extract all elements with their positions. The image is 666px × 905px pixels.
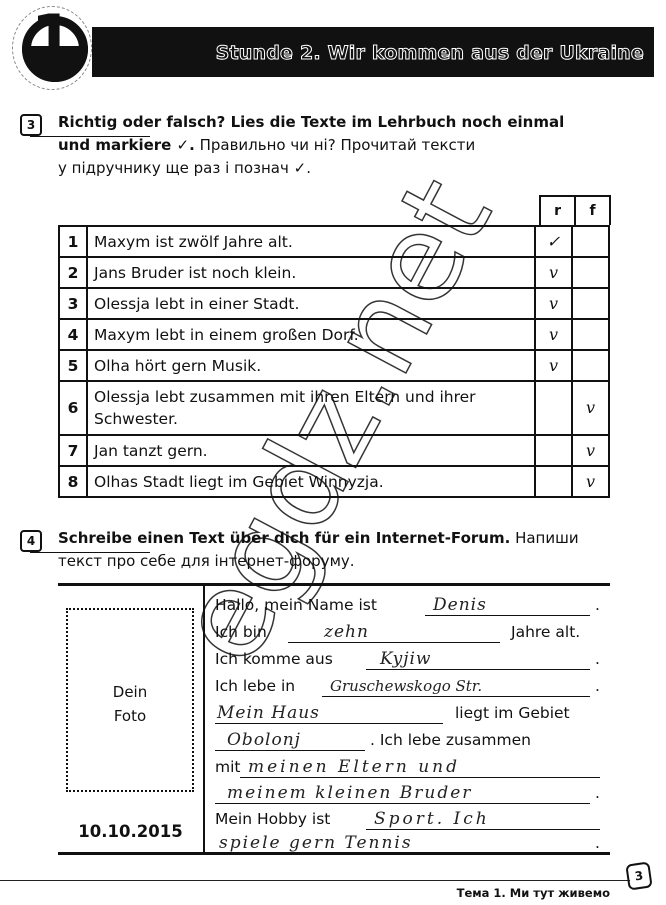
period: . — [595, 647, 600, 671]
form-line-2: Ich bin — [215, 620, 267, 644]
statement-text: Jans Bruder ist noch klein. — [87, 257, 535, 288]
hobby-label: Mein Hobby ist — [215, 810, 330, 828]
richtig-checkbox[interactable] — [535, 381, 572, 435]
falsch-checkbox[interactable] — [572, 226, 609, 257]
age-suffix: Jahre alt. — [511, 620, 580, 644]
richtig-checkbox[interactable]: ✓ — [535, 226, 572, 257]
answer-columns-header: r f — [539, 195, 611, 225]
footer-rule — [0, 880, 630, 881]
date-label: 10.10.2015 — [58, 822, 203, 841]
falsch-checkbox[interactable]: v — [572, 435, 609, 466]
statement-text: Maxym ist zwölf Jahre alt. — [87, 226, 535, 257]
falsch-checkbox[interactable] — [572, 257, 609, 288]
falsch-checkbox[interactable]: v — [572, 466, 609, 497]
table-row: 5Olha hört gern Musik.v — [59, 350, 609, 381]
family-field-1[interactable]: meinen Eltern und — [240, 756, 600, 778]
house-field[interactable]: Mein Haus — [215, 702, 443, 724]
row-number: 2 — [59, 257, 87, 288]
with-label: mit — [215, 758, 240, 776]
origin-label: Ich komme aus — [215, 650, 333, 668]
exercise-4-number: 4 — [20, 530, 42, 552]
richtig-checkbox[interactable] — [535, 466, 572, 497]
form-line-4: Ich lebe in — [215, 674, 295, 698]
photo-label: Dein Foto — [66, 680, 194, 728]
period: . — [595, 593, 600, 617]
row-number: 5 — [59, 350, 87, 381]
row-number: 4 — [59, 319, 87, 350]
richtig-checkbox[interactable]: v — [535, 350, 572, 381]
table-row: 7Jan tanzt gern.v — [59, 435, 609, 466]
statement-text: Olessja lebt zusammen mit ihren Eltern u… — [87, 381, 535, 435]
row-number: 8 — [59, 466, 87, 497]
exercise-4-instruction: Schreibe einen Text über dich für ein In… — [58, 527, 618, 573]
row-number: 6 — [59, 381, 87, 435]
region-label: liegt im Gebiet — [455, 701, 570, 725]
richtig-checkbox[interactable]: v — [535, 288, 572, 319]
unit-number: 1 — [31, 0, 71, 78]
street-field[interactable]: Gruschewskogo Str. — [322, 675, 590, 697]
column-richtig: r — [540, 196, 575, 225]
table-row: 1Maxym ist zwölf Jahre alt.✓ — [59, 226, 609, 257]
table-row: 3Olessja lebt in einer Stadt.v — [59, 288, 609, 319]
region-field[interactable]: Obolonj — [215, 729, 365, 751]
page-number: 3 — [625, 861, 652, 890]
statement-text: Olessja lebt in einer Stadt. — [87, 288, 535, 319]
form-line-7: mit — [215, 755, 240, 779]
true-false-table: 1Maxym ist zwölf Jahre alt.✓2Jans Bruder… — [58, 225, 610, 498]
period: . — [595, 674, 600, 698]
period: . — [595, 781, 600, 805]
falsch-checkbox[interactable] — [572, 319, 609, 350]
table-row: 6Olessja lebt zusammen mit ihren Eltern … — [59, 381, 609, 435]
lesson-title: Stunde 2. Wir kommen aus der Ukraine — [170, 35, 650, 71]
age-label: Ich bin — [215, 623, 267, 641]
richtig-checkbox[interactable]: v — [535, 257, 572, 288]
row-number: 7 — [59, 435, 87, 466]
statement-text: Olhas Stadt liegt im Gebiet Winnyzja. — [87, 466, 535, 497]
footer-topic: Тема 1. Ми тут живемо — [420, 884, 610, 902]
richtig-checkbox[interactable] — [535, 435, 572, 466]
origin-field[interactable]: Kyjiw — [366, 648, 590, 670]
street-label: Ich lebe in — [215, 677, 295, 695]
table-row: 8Olhas Stadt liegt im Gebiet Winnyzja.v — [59, 466, 609, 497]
instruction4-de: Schreibe einen Text über dich für ein In… — [58, 529, 510, 547]
age-field[interactable]: zehn — [288, 621, 500, 643]
name-field[interactable]: Denis — [425, 594, 590, 616]
instruction-de-line1: Richtig oder falsch? Lies die Texte im L… — [58, 113, 564, 131]
table-row: 4Maxym lebt in einem großen Dorf.v — [59, 319, 609, 350]
form-line-9: Mein Hobby ist — [215, 807, 330, 831]
live-with-label: . Ich lebe zusammen — [370, 728, 531, 752]
hobby-field-2[interactable]: spiele gern Tennis — [215, 832, 590, 854]
row-number: 3 — [59, 288, 87, 319]
falsch-checkbox[interactable] — [572, 350, 609, 381]
forum-top-rule — [58, 583, 610, 586]
statement-text: Maxym lebt in einem großen Dorf. — [87, 319, 535, 350]
statement-text: Olha hört gern Musik. — [87, 350, 535, 381]
instruction-de-line2: und markiere ✓. — [58, 136, 195, 154]
period: . — [595, 831, 600, 855]
falsch-checkbox[interactable]: v — [572, 381, 609, 435]
statement-text: Jan tanzt gern. — [87, 435, 535, 466]
instruction-uk-line3: у підручнику ще раз і познач ✓. — [58, 159, 311, 177]
row-number: 1 — [59, 226, 87, 257]
form-line-3: Ich komme aus — [215, 647, 333, 671]
instruction-uk-line2: Правильно чи ні? Прочитай тексти — [195, 136, 475, 154]
hobby-field-1[interactable]: Sport. Ich — [366, 808, 600, 830]
instruction4-uk-2: текст про себе для інтернет-форуму. — [58, 552, 355, 570]
form-line-1: Hallo, mein Name ist — [215, 593, 377, 617]
forum-divider — [203, 585, 205, 853]
falsch-checkbox[interactable] — [572, 288, 609, 319]
exercise-3-instruction: Richtig oder falsch? Lies die Texte im L… — [58, 111, 618, 180]
instruction4-uk-1: Напиши — [510, 529, 578, 547]
name-label: Hallo, mein Name ist — [215, 596, 377, 614]
richtig-checkbox[interactable]: v — [535, 319, 572, 350]
table-row: 2Jans Bruder ist noch klein.v — [59, 257, 609, 288]
photo-label-line1: Dein — [66, 680, 194, 704]
photo-label-line2: Foto — [66, 704, 194, 728]
family-field-2[interactable]: meinem kleinen Bruder — [215, 782, 590, 804]
column-falsch: f — [575, 196, 610, 225]
exercise-3-number: 3 — [20, 114, 42, 136]
